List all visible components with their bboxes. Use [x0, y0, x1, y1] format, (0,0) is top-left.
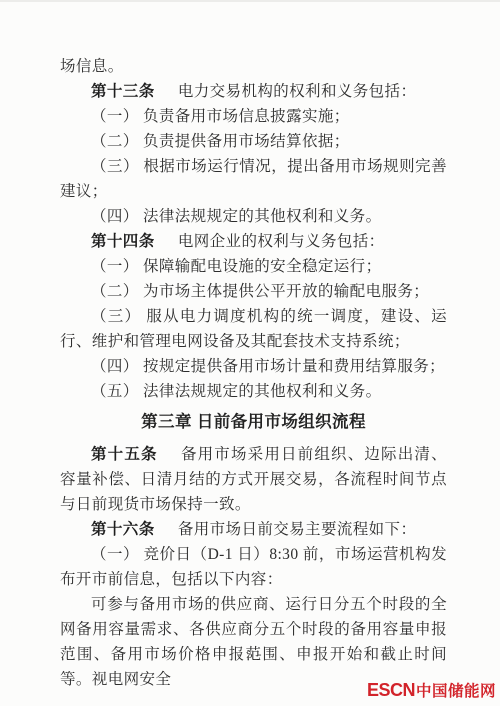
article-number: 第十三条: [91, 83, 155, 100]
list-item: （一） 负责备用市场信息披露实施；: [60, 104, 447, 129]
list-item: （二） 负责提供备用市场结算依据；: [60, 129, 447, 154]
escn-logo-cjk: 中国储能网: [416, 679, 496, 701]
list-item: （三） 根据市场运行情况，提出备用市场规则完善建议；: [60, 154, 447, 204]
article-text: 备用市场日前交易主要流程如下：: [178, 521, 417, 538]
continuation-line: 场信息。: [60, 54, 447, 79]
article-number: 第十五条: [91, 446, 158, 463]
article-clause: 第十五条备用市场采用日前组织、边际出清、容量补偿、日清月结的方式开展交易，各流程…: [60, 442, 447, 517]
page-number: - 5 -: [0, 647, 500, 662]
article-number: 第十四条: [91, 233, 155, 250]
article-clause: 第十四条电网企业的权利与义务包括：: [60, 229, 447, 254]
list-item: （二） 为市场主体提供公平开放的输配电服务；: [60, 279, 447, 304]
escn-logo-latin: ESCN: [367, 680, 415, 701]
chapter-heading: 第三章 日前备用市场组织流程: [60, 410, 447, 435]
document-page: 场信息。第十三条电力交易机构的权利和义务包括：（一） 负责备用市场信息披露实施；…: [0, 0, 500, 706]
document-body: 场信息。第十三条电力交易机构的权利和义务包括：（一） 负责备用市场信息披露实施；…: [60, 54, 447, 692]
escn-logo: ESCN 中国储能网: [367, 679, 496, 701]
article-clause: 第十三条电力交易机构的权利和义务包括：: [60, 79, 447, 104]
article-text: 电力交易机构的权利和义务包括：: [178, 83, 417, 100]
list-item: （一） 保障输配电设施的安全稳定运行；: [60, 254, 447, 279]
list-item: （一） 竞价日（D-1 日）8:30 前，市场运营机构发布开市前信息，包括以下内…: [60, 542, 447, 592]
list-item: （四） 按规定提供备用市场计量和费用结算服务；: [60, 354, 447, 379]
list-item: （五） 法律法规规定的其他权利和义务。: [60, 379, 447, 404]
article-text: 电网企业的权利与义务包括：: [178, 233, 385, 250]
article-number: 第十六条: [91, 521, 155, 538]
list-item: （三） 服从电力调度机构的统一调度，建设、运行、维护和管理电网设备及其配套技术支…: [60, 304, 447, 354]
list-item: （四） 法律法规规定的其他权利和义务。: [60, 204, 447, 229]
body-paragraph: 可参与备用市场的供应商、运行日分五个时段的全网备用容量需求、各供应商分五个时段的…: [60, 592, 447, 692]
article-clause: 第十六条备用市场日前交易主要流程如下：: [60, 517, 447, 542]
